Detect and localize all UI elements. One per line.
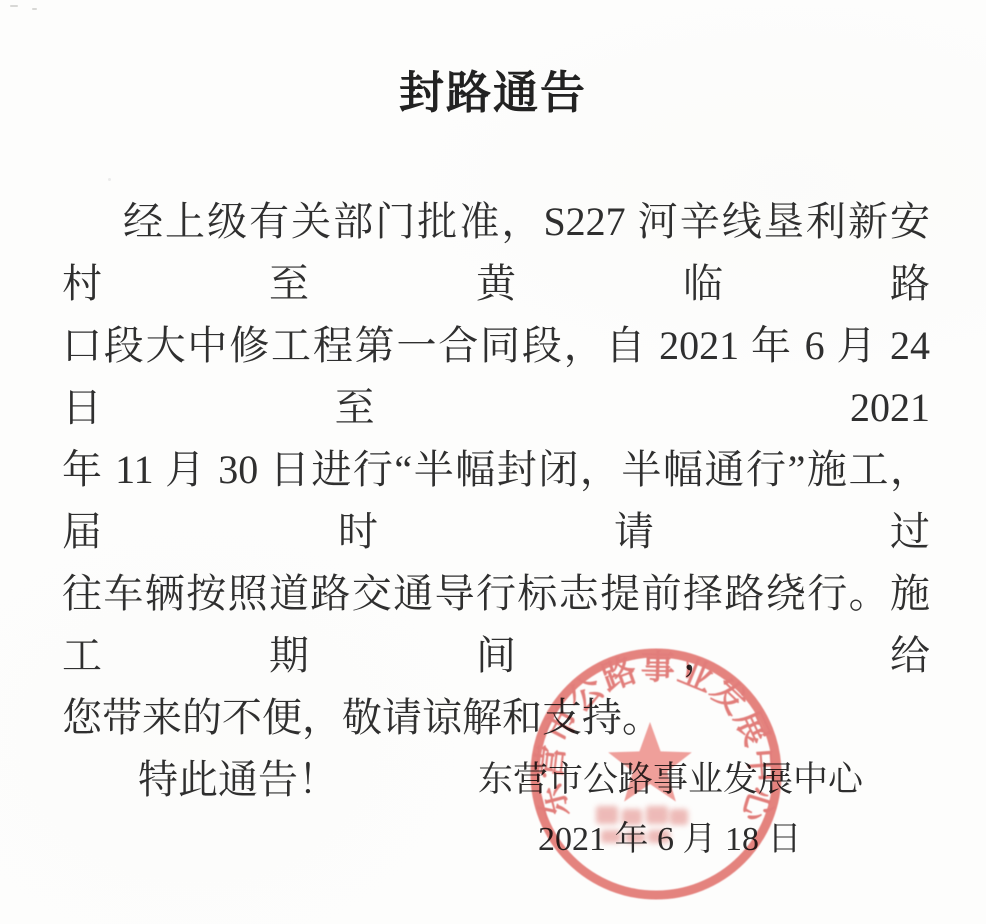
scan-speck [32, 8, 37, 10]
notice-body: 经上级有关部门批准，S227 河辛线垦利新安村至黄临路 口段大中修工程第一合同段… [62, 191, 930, 811]
body-line-2: 口段大中修工程第一合同段，自 2021 年 6 月 24 日至 2021 [62, 315, 930, 439]
signature-organization: 东营市公路事业发展中心 [478, 761, 863, 799]
scan-speck [10, 5, 18, 7]
page-title: 封路通告 [0, 56, 986, 121]
road-closure-notice-document: 封路通告 经上级有关部门批准，S227 河辛线垦利新安村至黄临路 口段大中修工程… [0, 0, 986, 924]
body-line-1: 经上级有关部门批准，S227 河辛线垦利新安村至黄临路 [62, 191, 930, 315]
body-line-5: 您带来的不便，敬请谅解和支持。 [62, 687, 930, 749]
body-line-3: 年 11 月 30 日进行“半幅封闭，半幅通行”施工，届时请过 [62, 439, 930, 563]
signature-date: 2021 年 6 月 18 日 [538, 821, 802, 859]
body-line-4: 往车辆按照道路交通导行标志提前择路绕行。施工期间，给 [62, 563, 930, 687]
scan-speck [108, 178, 111, 181]
